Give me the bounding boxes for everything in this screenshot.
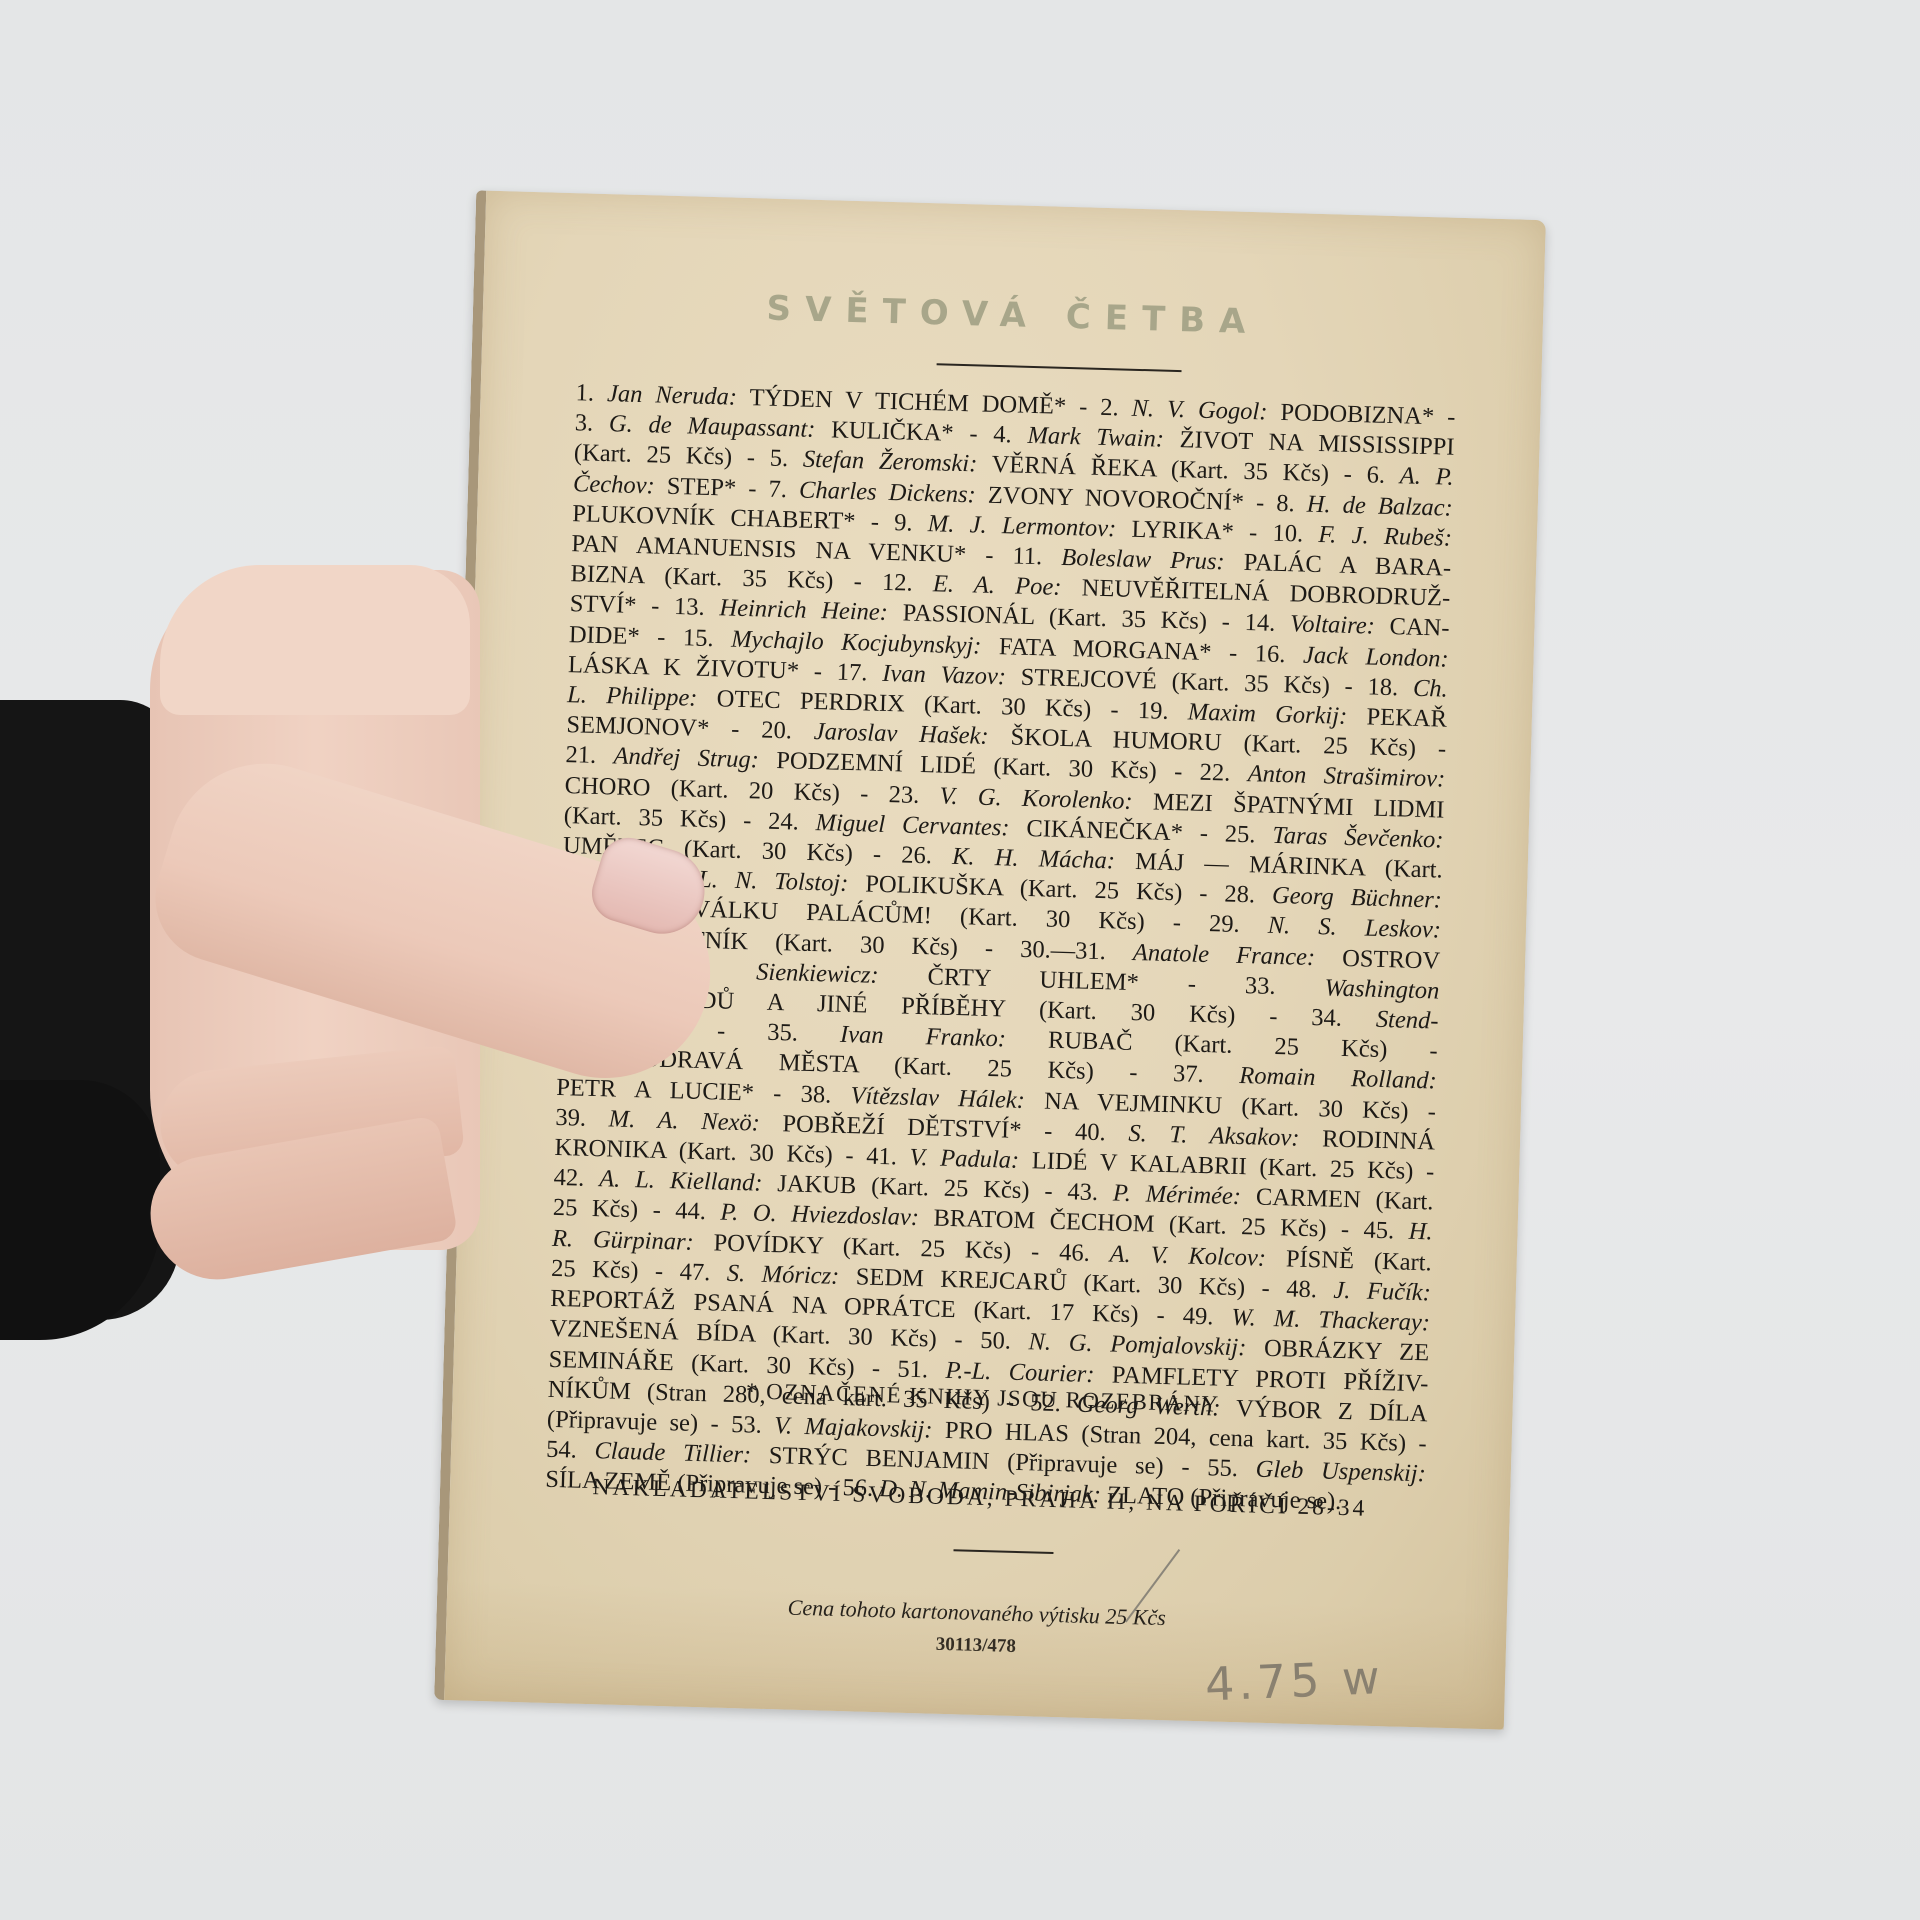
- author-name: Romain Rolland:: [1239, 1062, 1437, 1095]
- author-name: Charles Dickens:: [799, 476, 976, 508]
- author-name: Čechov:: [573, 470, 655, 499]
- author-name: N. G. Pomjalovskij:: [1028, 1329, 1246, 1362]
- author-name: F. J. Rubeš:: [1318, 521, 1452, 552]
- author-name: G. de Maupassant:: [609, 410, 816, 443]
- author-name: S. T. Aksakov:: [1128, 1120, 1300, 1152]
- author-name: A. V. Kolcov:: [1109, 1240, 1266, 1271]
- author-name: Anatole France:: [1133, 939, 1316, 971]
- author-name: Washington: [1324, 974, 1440, 1004]
- author-name: Mychajlo Kocjubynskyj:: [731, 625, 982, 659]
- author-name: L. N. Tolstoj:: [698, 866, 849, 897]
- author-name: M. J. Lermontov:: [928, 510, 1117, 542]
- author-name: E. A. Poe:: [933, 570, 1062, 601]
- author-name: Miguel Cervantes:: [815, 809, 1010, 841]
- author-name: Jack London:: [1303, 641, 1449, 672]
- top-divider: [937, 363, 1182, 372]
- author-name: V. Majakovskij:: [774, 1412, 933, 1443]
- author-name: Heinrich Heine:: [719, 595, 888, 627]
- author-name: N. S. Leskov:: [1267, 912, 1441, 944]
- author-name: J. Fučík:: [1333, 1277, 1431, 1307]
- hand-finger-lower: [141, 1115, 458, 1290]
- author-name: Jan Neruda:: [607, 380, 738, 411]
- author-name: Maxim Gorkij:: [1188, 698, 1348, 729]
- author-name: Mark Twain:: [1027, 422, 1164, 453]
- author-name: Stend-: [1376, 1006, 1439, 1035]
- author-name: V. G. Korolenko:: [939, 782, 1133, 814]
- author-name: P. O. Hviezdoslav:: [720, 1199, 919, 1232]
- author-name: Vítězslav Hálek:: [850, 1082, 1025, 1114]
- author-name: Georg Büchner:: [1272, 882, 1443, 914]
- author-name: Jaroslav Hašek:: [813, 718, 988, 750]
- author-name: Ivan Franko:: [840, 1021, 1007, 1053]
- author-name: H. de Balzac:: [1306, 490, 1453, 521]
- author-name: Gleb Uspenskij:: [1255, 1456, 1426, 1488]
- author-name: L. Philippe:: [567, 681, 698, 712]
- author-name: Taras Ševčenko:: [1272, 822, 1444, 854]
- author-name: S. Móricz:: [726, 1260, 839, 1290]
- hand-index-knuckle: [160, 565, 470, 715]
- author-name: P. Mérimée:: [1113, 1180, 1242, 1211]
- author-name: Ch.: [1413, 675, 1448, 703]
- author-name: H.: [1408, 1218, 1433, 1246]
- series-title: SVĚTOVÁ ČETBA: [483, 281, 1544, 351]
- author-name: Anton Strašimirov:: [1247, 761, 1445, 794]
- hand-palm: [150, 570, 480, 1250]
- author-name: Boleslaw Prus:: [1061, 544, 1225, 576]
- author-name: R. Gürpinar:: [552, 1225, 694, 1256]
- author-name: oj:: [557, 1043, 585, 1071]
- author-name: Henrik Sienkiewicz:: [639, 955, 879, 989]
- book-catalog-list: 1. Jan Neruda: TÝDEN V TICHÉM DOMĚ* - 2.…: [545, 378, 1456, 1520]
- pencil-price-note: 4.75 w: [1204, 1650, 1385, 1711]
- author-name: Ivan Vazov:: [882, 660, 1006, 690]
- author-name: Stefan Žeromski:: [803, 446, 978, 478]
- hand-finger-middle: [155, 1045, 465, 1186]
- book-back-cover: SVĚTOVÁ ČETBA 1. Jan Neruda: TÝDEN V TIC…: [434, 190, 1546, 1729]
- author-name: A. P.: [1399, 463, 1454, 491]
- author-name: W. M. Thackeray:: [1231, 1304, 1430, 1337]
- author-name: Claude Tillier:: [594, 1437, 751, 1468]
- author-name: A. L. Kielland:: [599, 1165, 763, 1197]
- middle-divider: [953, 1549, 1053, 1554]
- author-name: N. V. Gogol:: [1131, 395, 1268, 426]
- author-name: Andřej Strug:: [613, 743, 759, 774]
- author-name: V. Padula:: [909, 1144, 1019, 1174]
- author-name: Voltaire:: [1290, 611, 1376, 640]
- author-name: M. A. Nexö:: [608, 1105, 760, 1136]
- author-name: K. H. Mácha:: [952, 843, 1116, 875]
- author-name: P.-L. Courier:: [945, 1356, 1095, 1387]
